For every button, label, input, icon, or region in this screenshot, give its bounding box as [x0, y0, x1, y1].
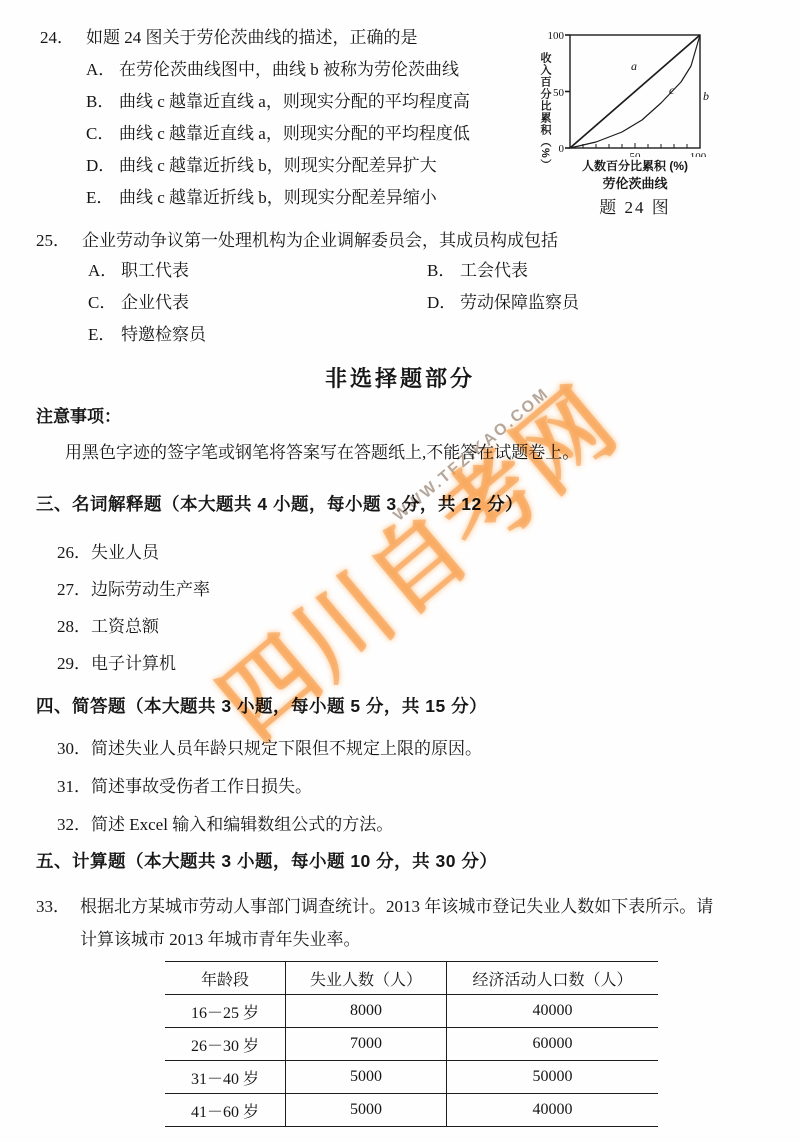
item-31-text: 简述事故受伤者工作日损失。: [91, 775, 312, 799]
item-32: 32． 简述 Excel 输入和编辑数组公式的方法。: [36, 813, 776, 837]
item-29: 29． 电子计算机: [36, 652, 776, 676]
label-line-b: b: [703, 89, 709, 103]
table-row: 26－30 岁 7000 60000: [165, 1028, 658, 1061]
equality-line-a: [570, 35, 700, 148]
section-5-heading: 五、计算题（本大题共 3 小题，每小题 10 分，共 30 分）: [36, 849, 776, 873]
question-25: 25． 企业劳动争议第一处理机构为企业调解委员会，其成员构成包括 A． 职工代表…: [36, 230, 766, 346]
header-age-group: 年龄段: [165, 962, 286, 995]
lorenz-curve-figure: 收入百分比累积（%）: [535, 10, 775, 219]
option-c: C． 企业代表: [88, 292, 427, 314]
item-30-number: 30．: [57, 737, 91, 761]
option-e: E． 特邀检察员: [88, 324, 430, 346]
option-e-label: E．: [88, 324, 121, 346]
option-d-text: 劳动保障监察员: [460, 292, 579, 314]
nonchoice-section-heading: 非选择题部分: [0, 362, 800, 393]
notice-title: 注意事项：: [36, 406, 766, 428]
item-30-text: 简述失业人员年龄只规定下限但不规定上限的原因。: [91, 737, 482, 761]
option-c-text: 曲线 c 越靠近直线 a，则现实分配的平均程度低: [119, 123, 470, 145]
question-25-stem: 25． 企业劳动争议第一处理机构为企业调解委员会，其成员构成包括: [36, 230, 766, 252]
item-31: 31． 简述事故受伤者工作日损失。: [36, 775, 776, 799]
option-b: B． 工会代表: [427, 260, 766, 282]
option-c-label: C．: [86, 123, 119, 145]
item-32-text: 简述 Excel 输入和编辑数组公式的方法。: [91, 813, 393, 837]
item-30: 30． 简述失业人员年龄只规定下限但不规定上限的原因。: [36, 737, 776, 761]
question-33-line2: 计算该城市 2013 年城市青年失业率。: [80, 928, 781, 952]
option-b: B． 曲线 c 越靠近直线 a，则现实分配的平均程度高: [86, 91, 545, 113]
label-curve-c: c: [669, 83, 675, 97]
option-e-label: E．: [86, 187, 119, 209]
question-33-line1-text: 根据北方某城市劳动人事部门调查统计。2013 年该城市登记失业人数如下表所示。请: [80, 895, 713, 919]
option-d-label: D．: [427, 292, 460, 314]
item-29-number: 29．: [57, 652, 91, 676]
label-line-a: a: [631, 59, 637, 73]
question-24-stem: 24． 如题 24 图关于劳伦茨曲线的描述，正确的是: [40, 27, 545, 49]
question-25-stem-text: 企业劳动争议第一处理机构为企业调解委员会，其成员构成包括: [82, 230, 558, 252]
option-e-text: 曲线 c 越靠近折线 b，则现实分配差异缩小: [119, 187, 437, 209]
section-4-heading: 四、简答题（本大题共 3 小题，每小题 5 分，共 15 分）: [36, 694, 776, 718]
question-24-number: 24．: [40, 27, 86, 49]
section-4: 四、简答题（本大题共 3 小题，每小题 5 分，共 15 分） 30． 简述失业…: [36, 694, 776, 837]
cell-age-1: 16－25 岁: [165, 995, 286, 1028]
item-26-number: 26．: [57, 541, 91, 565]
figure-captions: 人数百分比累积 (%) 劳伦茨曲线 题 24 图: [535, 159, 735, 219]
option-b-text: 工会代表: [460, 260, 528, 282]
cell-unemp-3: 5000: [286, 1061, 447, 1094]
exam-page: 24． 如题 24 图关于劳伦茨曲线的描述，正确的是 A． 在劳伦茨曲线图中，曲…: [0, 0, 800, 1142]
option-a-label: A．: [88, 260, 121, 282]
section-3-heading: 三、名词解释题（本大题共 4 小题，每小题 3 分，共 12 分）: [36, 492, 776, 516]
question-33-line1: 33． 根据北方某城市劳动人事部门调查统计。2013 年该城市登记失业人数如下表…: [36, 895, 781, 919]
header-unemployed: 失业人数（人）: [286, 962, 447, 995]
cell-age-2: 26－30 岁: [165, 1028, 286, 1061]
x-tick-50: 50: [630, 151, 642, 157]
cell-pop-1: 40000: [447, 995, 659, 1028]
option-b-text: 曲线 c 越靠近直线 a，则现实分配的平均程度高: [119, 91, 470, 113]
item-28-number: 28．: [57, 615, 91, 639]
table-row: 41－60 岁 5000 40000: [165, 1094, 658, 1127]
section-3: 三、名词解释题（本大题共 4 小题，每小题 3 分，共 12 分） 26． 失业…: [36, 492, 776, 676]
option-a: A． 在劳伦茨曲线图中，曲线 b 被称为劳伦茨曲线: [86, 59, 545, 81]
option-e: E． 曲线 c 越靠近折线 b，则现实分配差异缩小: [86, 187, 545, 209]
y-tick-50: 50: [553, 87, 565, 99]
section-4-items: 30． 简述失业人员年龄只规定下限但不规定上限的原因。 31． 简述事故受伤者工…: [36, 737, 776, 837]
item-27-text: 边际劳动生产率: [91, 578, 210, 602]
option-row-e: E． 特邀检察员: [88, 324, 766, 346]
table-row: 16－25 岁 8000 40000: [165, 995, 658, 1028]
header-active-population: 经济活动人口数（人）: [447, 962, 659, 995]
item-26-text: 失业人员: [91, 541, 159, 565]
option-a-label: A．: [86, 59, 119, 81]
table-header-row: 年龄段 失业人数（人） 经济活动人口数（人）: [165, 962, 658, 995]
cell-pop-3: 50000: [447, 1061, 659, 1094]
cell-pop-4: 40000: [447, 1094, 659, 1127]
option-a-text: 职工代表: [121, 260, 189, 282]
notice-block: 注意事项： 用黑色字迹的签字笔或钢笔将答案写在答题纸上,不能答在试题卷上。: [36, 406, 766, 464]
item-32-number: 32．: [57, 813, 91, 837]
notice-text: 用黑色字迹的签字笔或钢笔将答案写在答题纸上,不能答在试题卷上。: [65, 442, 766, 464]
unemployment-stat-table: 年龄段 失业人数（人） 经济活动人口数（人） 16－25 岁 8000 4000…: [165, 961, 658, 1127]
cell-unemp-2: 7000: [286, 1028, 447, 1061]
item-27-number: 27．: [57, 578, 91, 602]
option-a: A． 职工代表: [88, 260, 427, 282]
cell-unemp-4: 5000: [286, 1094, 447, 1127]
unemployment-table: 年龄段 失业人数（人） 经济活动人口数（人） 16－25 岁 8000 4000…: [165, 961, 658, 1127]
option-d: D． 曲线 c 越靠近折线 b，则现实分配差异扩大: [86, 155, 545, 177]
option-d-label: D．: [86, 155, 119, 177]
table-row: 31－40 岁 5000 50000: [165, 1061, 658, 1094]
figure-caption: 劳伦茨曲线: [535, 176, 735, 192]
option-b-label: B．: [427, 260, 460, 282]
question-33-number: 33．: [36, 895, 80, 919]
lorenz-curve-plot: 100 50 0 50 100 a c b: [535, 10, 760, 157]
option-row-ab: A． 职工代表 B． 工会代表: [88, 260, 766, 282]
cell-age-3: 31－40 岁: [165, 1061, 286, 1094]
figure-x-axis-label: 人数百分比累积 (%): [535, 159, 735, 173]
item-29-text: 电子计算机: [91, 652, 176, 676]
cell-pop-2: 60000: [447, 1028, 659, 1061]
option-c-label: C．: [88, 292, 121, 314]
item-28: 28． 工资总额: [36, 615, 776, 639]
question-24: 24． 如题 24 图关于劳伦茨曲线的描述，正确的是 A． 在劳伦茨曲线图中，曲…: [40, 27, 545, 209]
question-25-options: A． 职工代表 B． 工会代表 C． 企业代表 D． 劳动保障监察员: [88, 260, 766, 346]
question-25-number: 25．: [36, 230, 82, 252]
question-24-stem-text: 如题 24 图关于劳伦茨曲线的描述，正确的是: [86, 27, 418, 49]
item-31-number: 31．: [57, 775, 91, 799]
option-d-text: 曲线 c 越靠近折线 b，则现实分配差异扩大: [119, 155, 437, 177]
option-e-text: 特邀检察员: [121, 324, 206, 346]
question-33: 33． 根据北方某城市劳动人事部门调查统计。2013 年该城市登记失业人数如下表…: [36, 895, 781, 952]
option-c: C． 曲线 c 越靠近直线 a，则现实分配的平均程度低: [86, 123, 545, 145]
cell-unemp-1: 8000: [286, 995, 447, 1028]
y-tick-100: 100: [548, 30, 565, 42]
figure-title: 题 24 图: [535, 197, 735, 219]
question-24-options: A． 在劳伦茨曲线图中，曲线 b 被称为劳伦茨曲线 B． 曲线 c 越靠近直线 …: [86, 59, 545, 209]
option-b-label: B．: [86, 91, 119, 113]
x-axis-ticks: [583, 143, 687, 148]
figure-y-axis-label: 收入百分比累积（%）: [537, 52, 553, 171]
option-a-text: 在劳伦茨曲线图中，曲线 b 被称为劳伦茨曲线: [119, 59, 459, 81]
section-3-items: 26． 失业人员 27． 边际劳动生产率 28． 工资总额 29． 电子计算机: [36, 541, 776, 676]
y-tick-0: 0: [559, 143, 565, 155]
option-d: D． 劳动保障监察员: [427, 292, 766, 314]
section-5: 五、计算题（本大题共 3 小题，每小题 10 分，共 30 分）: [36, 849, 776, 873]
item-26: 26． 失业人员: [36, 541, 776, 565]
x-tick-100: 100: [690, 151, 707, 157]
cell-age-4: 41－60 岁: [165, 1094, 286, 1127]
item-27: 27． 边际劳动生产率: [36, 578, 776, 602]
option-c-text: 企业代表: [121, 292, 189, 314]
option-row-cd: C． 企业代表 D． 劳动保障监察员: [88, 292, 766, 314]
item-28-text: 工资总额: [91, 615, 159, 639]
